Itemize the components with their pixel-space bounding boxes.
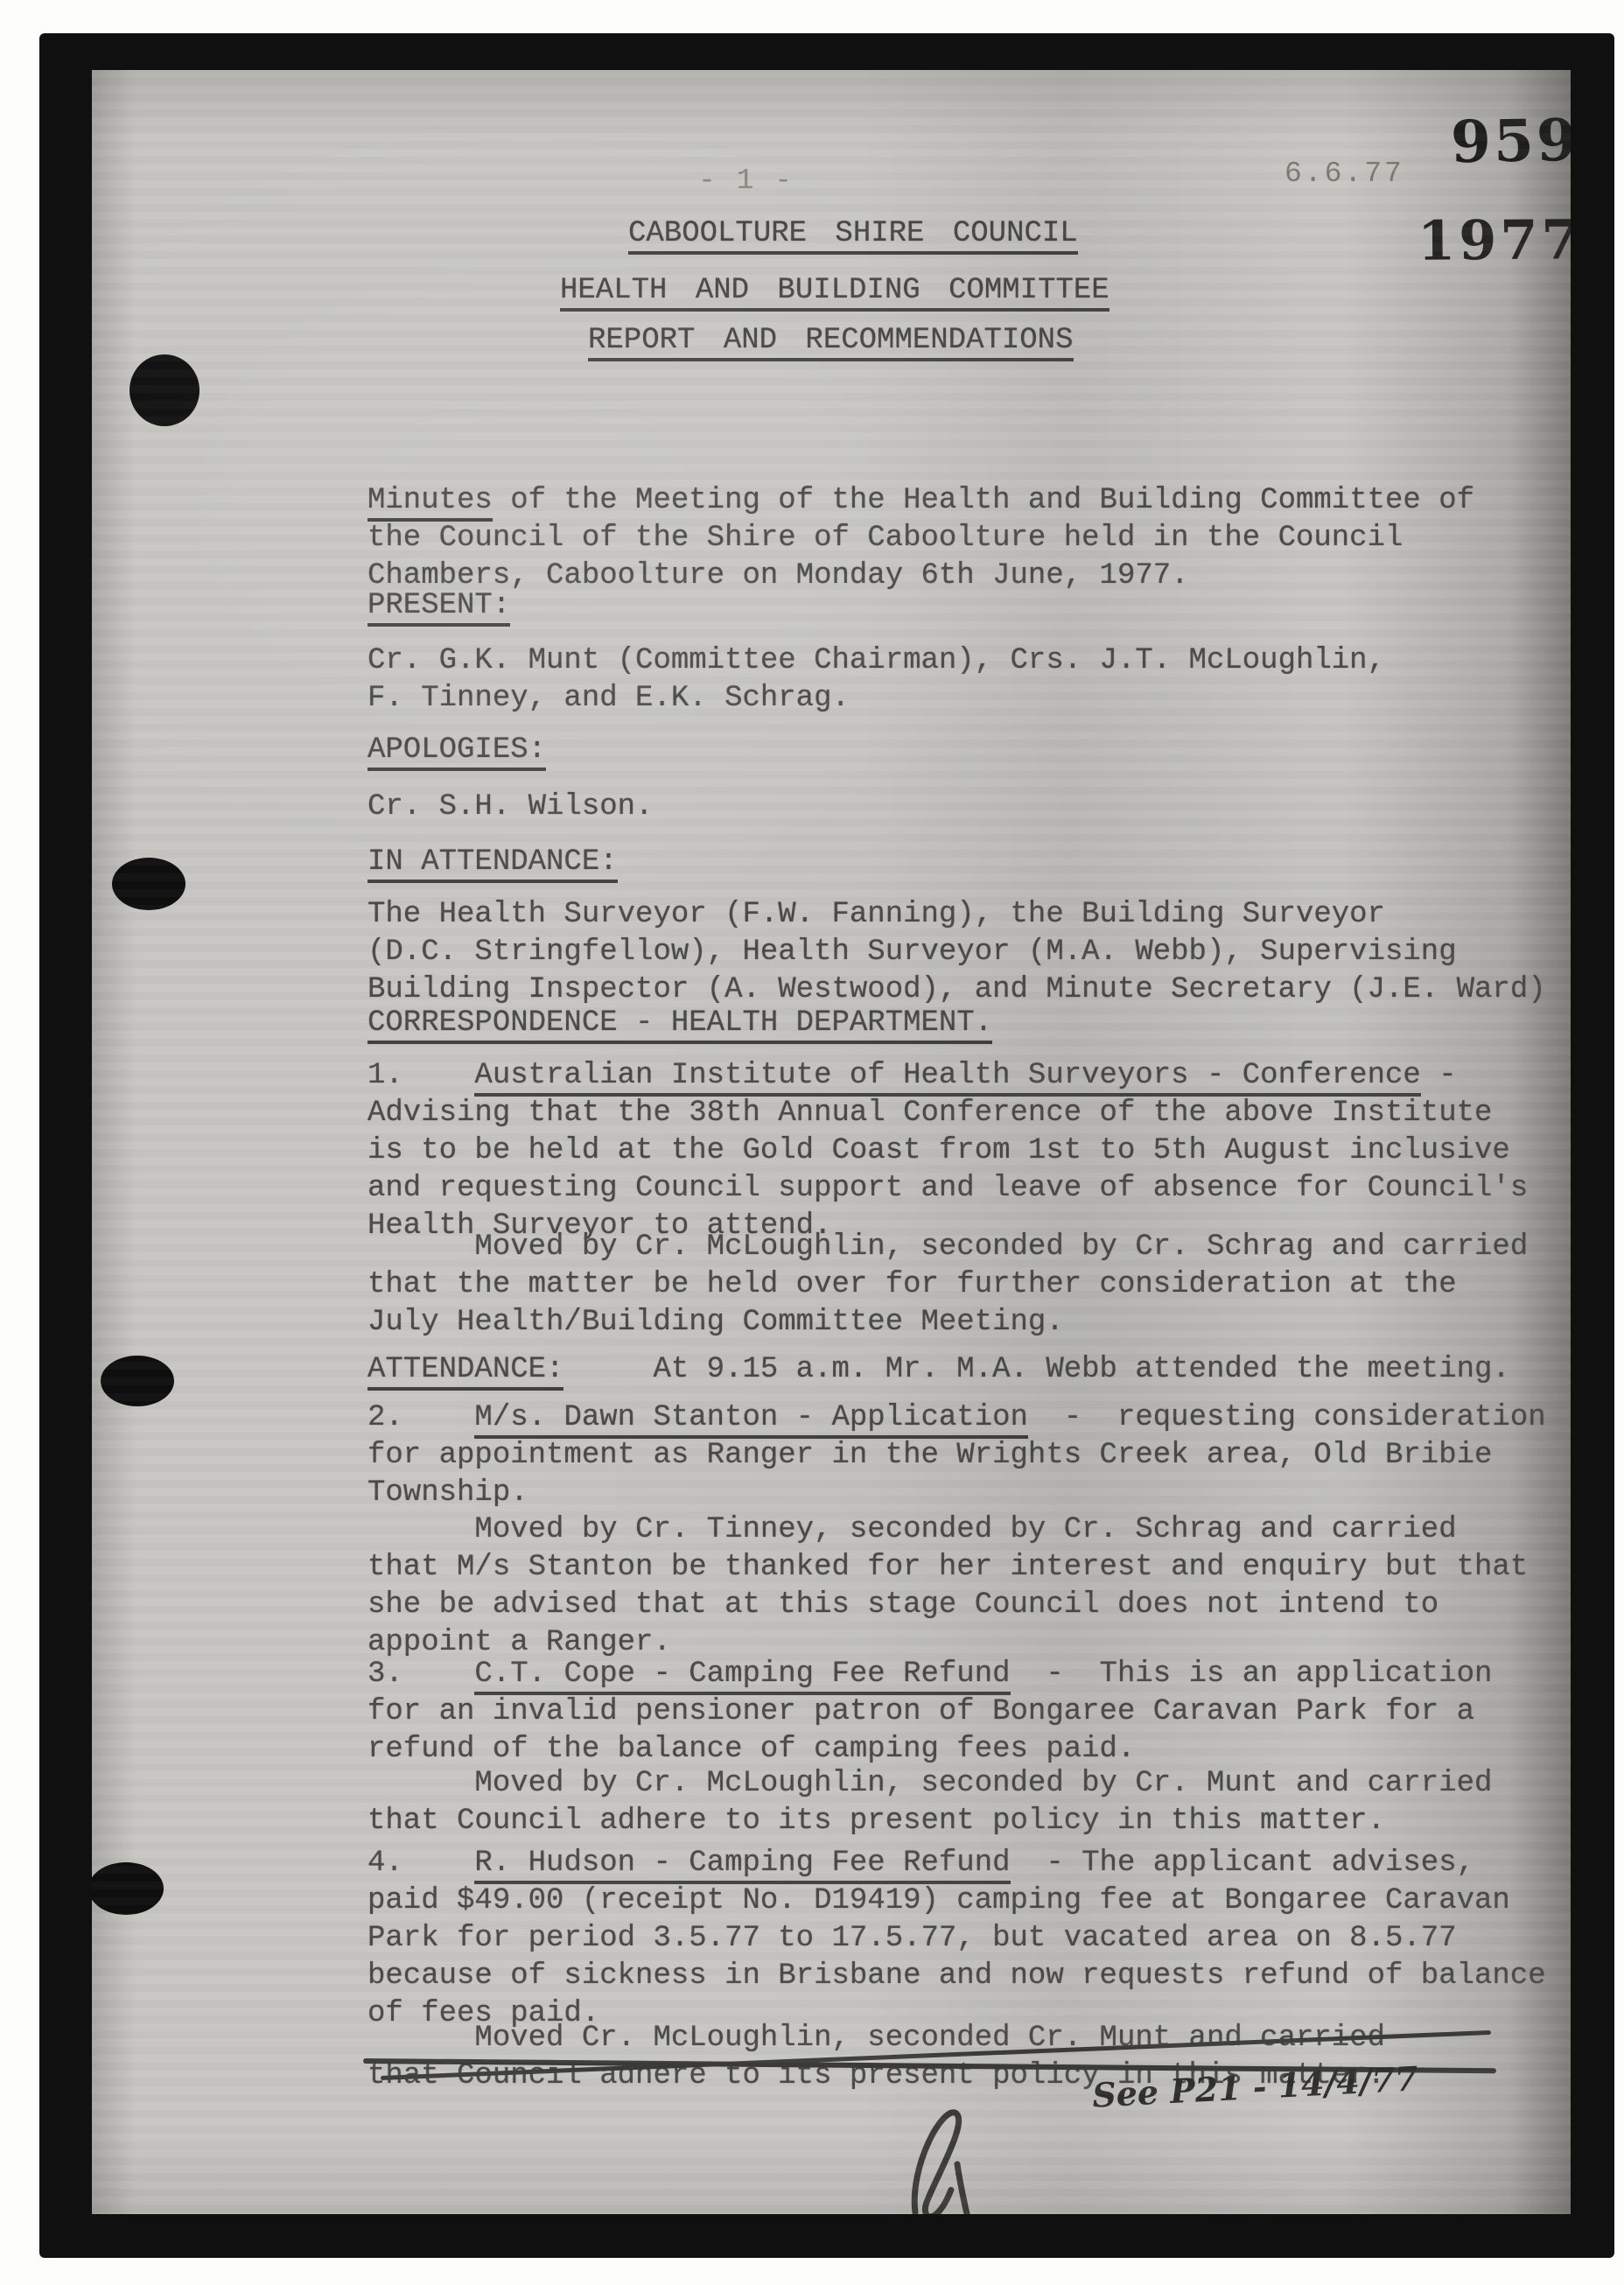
report-title: REPORT AND RECOMMENDATIONS <box>588 322 1074 360</box>
text-line: the Council of the Shire of Caboolture h… <box>367 520 1474 557</box>
handwritten-initials <box>885 2078 1015 2214</box>
item-1-motion: Moved by Cr. McLoughlin, seconded by Cr.… <box>367 1229 1528 1342</box>
item-3-body: for an invalid pensioner patron of Bonga… <box>367 1693 1474 1769</box>
in-attendance-heading: IN ATTENDANCE: <box>367 844 618 881</box>
text-line: that M/s Stanton be thanked for her inte… <box>367 1549 1528 1587</box>
text-line: Moved Cr. McLoughlin, seconded Cr. Munt … <box>367 2020 1385 2057</box>
text-line: Moved by Cr. McLoughlin, seconded by Cr.… <box>367 1229 1528 1266</box>
text-line: Moved by Cr. McLoughlin, seconded by Cr.… <box>367 1765 1492 1803</box>
meeting-date-stamp: 6.6.77 <box>1284 158 1404 190</box>
text-line: (D.C. Stringfellow), Health Surveyor (M.… <box>367 934 1546 971</box>
minutes-intro-paragraph: Minutes of the Meeting of the Health and… <box>367 482 1474 595</box>
text-line: that Council adhere to its present polic… <box>367 1803 1492 1840</box>
text-line: Chambers, Caboolture on Monday 6th June,… <box>367 557 1474 595</box>
text-line: 3. C.T. Cope - Camping Fee Refund - This… <box>367 1656 1492 1693</box>
text-line: she be advised that at this stage Counci… <box>367 1587 1528 1624</box>
title-committee: HEALTH AND BUILDING COMMITTEE <box>560 274 1109 312</box>
text-line: that the matter be held over for further… <box>367 1266 1528 1304</box>
punch-hole <box>101 1356 174 1406</box>
apologies-label: APOLOGIES: <box>367 733 546 771</box>
year-stamp: 1977 <box>1417 207 1571 273</box>
document-title: CABOOLTURE SHIRE COUNCIL <box>628 215 1078 253</box>
text-line: Cr. S.H. Wilson. <box>367 789 653 826</box>
in-attendance-label: IN ATTENDANCE: <box>367 845 618 883</box>
correspondence-heading: CORRESPONDENCE - HEALTH DEPARTMENT. <box>367 1005 992 1042</box>
present-members-paragraph: Cr. G.K. Munt (Committee Chairman), Crs.… <box>367 642 1385 718</box>
text-line: 2. M/s. Dawn Stanton - Application - req… <box>367 1399 1546 1437</box>
text-line: Advising that the 38th Annual Conference… <box>367 1095 1528 1132</box>
item-4-body: paid $49.00 (receipt No. D19419) camping… <box>367 1882 1546 2033</box>
item-1-body: Advising that the 38th Annual Conference… <box>367 1095 1528 1245</box>
present-label: PRESENT: <box>367 589 510 627</box>
correspondence-label: CORRESPONDENCE - HEALTH DEPARTMENT. <box>367 1006 992 1044</box>
item-2-heading: 2. M/s. Dawn Stanton - Application - req… <box>367 1399 1546 1437</box>
text-line: Minutes of the Meeting of the Health and… <box>367 482 1474 520</box>
in-attendance-paragraph: The Health Surveyor (F.W. Fanning), the … <box>367 896 1546 1009</box>
text-line: because of sickness in Brisbane and now … <box>367 1958 1546 1995</box>
text-line: 1. Australian Institute of Health Survey… <box>367 1057 1457 1095</box>
document-page: - 1 - 6.6.77 959 1977 CABOOLTURE SHIRE C… <box>92 70 1571 2214</box>
text-line: July Health/Building Committee Meeting. <box>367 1304 1528 1342</box>
text-line: The Health Surveyor (F.W. Fanning), the … <box>367 896 1546 934</box>
text-line: Moved by Cr. Tinney, seconded by Cr. Sch… <box>367 1511 1528 1549</box>
text-line: for appointment as Ranger in the Wrights… <box>367 1437 1492 1475</box>
page-number: - 1 - <box>698 165 794 197</box>
scan-dark-border: - 1 - 6.6.77 959 1977 CABOOLTURE SHIRE C… <box>39 33 1614 2258</box>
punch-hole <box>129 354 199 426</box>
present-heading: PRESENT: <box>367 587 510 625</box>
text-line: F. Tinney, and E.K. Schrag. <box>367 680 1385 718</box>
committee-title: HEALTH AND BUILDING COMMITTEE <box>560 272 1109 310</box>
page-stamp-number: 959 <box>1450 106 1571 177</box>
title-report: REPORT AND RECOMMENDATIONS <box>588 324 1074 361</box>
title-council: CABOOLTURE SHIRE COUNCIL <box>628 217 1078 255</box>
text-line: 4. R. Hudson - Camping Fee Refund - The … <box>367 1845 1474 1882</box>
attendance-note-line: ATTENDANCE: At 9.15 a.m. Mr. M.A. Webb a… <box>367 1351 1510 1389</box>
apologies-heading: APOLOGIES: <box>367 732 546 769</box>
text-line: Township. <box>367 1475 1492 1512</box>
item-4-heading: 4. R. Hudson - Camping Fee Refund - The … <box>367 1845 1474 1882</box>
punch-hole <box>112 858 185 910</box>
initials-scribble-icon <box>885 2078 1014 2214</box>
item-3-motion: Moved by Cr. McLoughlin, seconded by Cr.… <box>367 1765 1492 1840</box>
text-line: Park for period 3.5.77 to 17.5.77, but v… <box>367 1920 1546 1958</box>
text-line: and requesting Council support and leave… <box>367 1170 1528 1208</box>
item-1-heading: 1. Australian Institute of Health Survey… <box>367 1057 1457 1095</box>
text-line: Cr. G.K. Munt (Committee Chairman), Crs.… <box>367 642 1385 680</box>
item-3-heading: 3. C.T. Cope - Camping Fee Refund - This… <box>367 1656 1492 1693</box>
apologies-paragraph: Cr. S.H. Wilson. <box>367 789 653 826</box>
item-2-body: for appointment as Ranger in the Wrights… <box>367 1437 1492 1512</box>
text-line: ATTENDANCE: At 9.15 a.m. Mr. M.A. Webb a… <box>367 1351 1510 1389</box>
text-line: paid $49.00 (receipt No. D19419) camping… <box>367 1882 1546 1920</box>
text-line: for an invalid pensioner patron of Bonga… <box>367 1693 1474 1731</box>
scanned-document-page: - 1 - 6.6.77 959 1977 CABOOLTURE SHIRE C… <box>0 0 1624 2285</box>
text-line: refund of the balance of camping fees pa… <box>367 1731 1474 1769</box>
item-2-motion: Moved by Cr. Tinney, seconded by Cr. Sch… <box>367 1511 1528 1662</box>
punch-hole <box>92 1862 164 1915</box>
text-line: is to be held at the Gold Coast from 1st… <box>367 1132 1528 1170</box>
text-line: Building Inspector (A. Westwood), and Mi… <box>367 971 1546 1009</box>
